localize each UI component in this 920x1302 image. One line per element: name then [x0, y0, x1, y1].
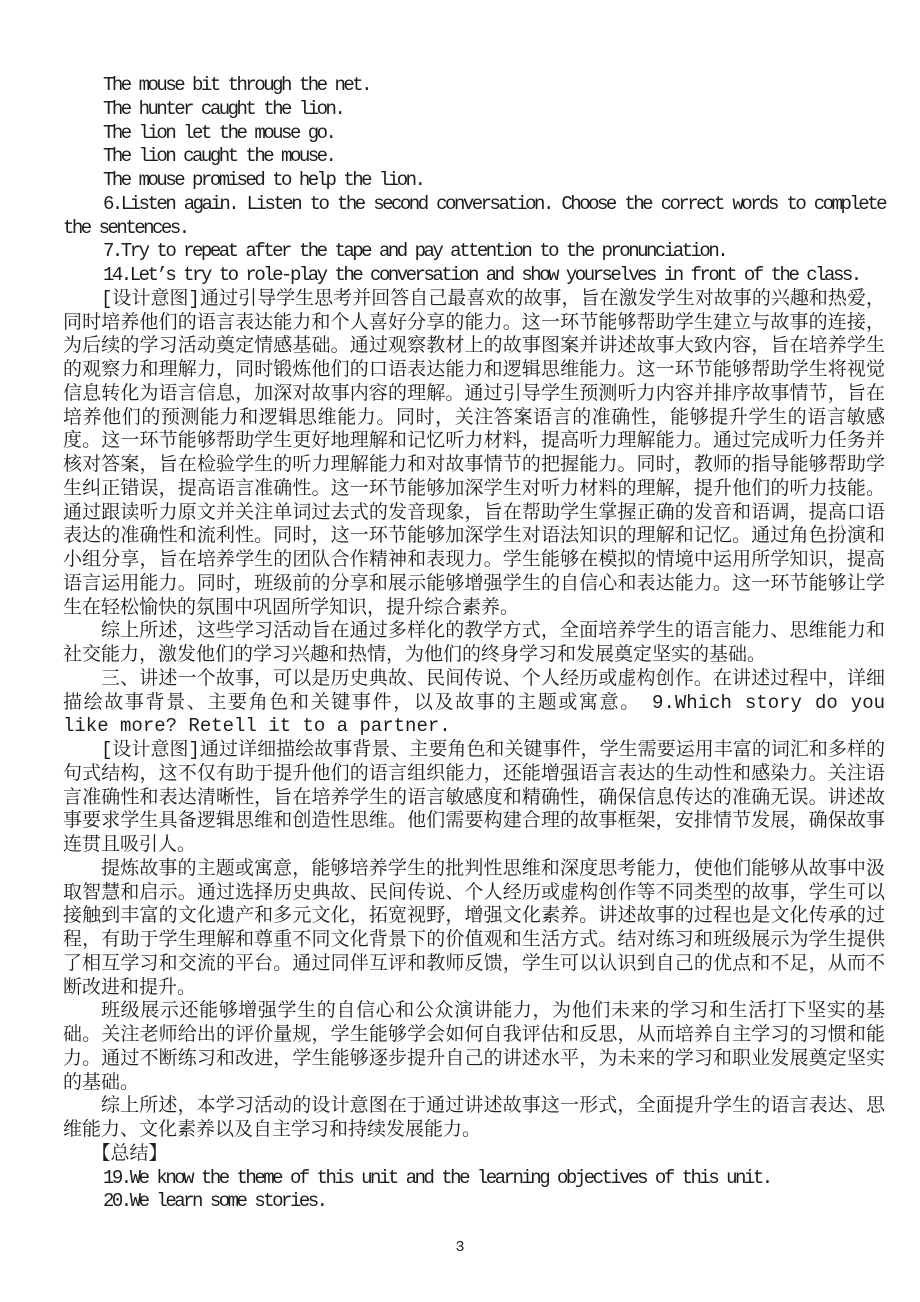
listening-answer-line: The lion caught the mouse.: [63, 145, 885, 169]
listening-answer-line: The mouse bit through the net.: [63, 74, 885, 98]
section-3-tell-a-story: 三、讲述一个故事，可以是历史典故、民间传说、个人经历或虚构创作。在讲述过程中，详…: [63, 668, 885, 739]
design-intent-paragraph-4: 班级展示还能够增强学生的自信心和公众演讲能力，为他们未来的学习和生活打下坚实的基…: [63, 1000, 885, 1095]
objective-20: 20.We learn some stories.: [63, 1190, 885, 1214]
design-intent-paragraph-1: [设计意图]通过引导学生思考并回答自己最喜欢的故事，旨在激发学生对故事的兴趣和热…: [63, 288, 885, 621]
listening-answer-line: The mouse promised to help the lion.: [63, 169, 885, 193]
activity-6-listen-again: 6.Listen again. Listen to the second con…: [63, 193, 885, 241]
activity-7-repeat-tape: 7.Try to repeat after the tape and pay a…: [63, 240, 885, 264]
document-page: The mouse bit through the net. The hunte…: [0, 0, 920, 1302]
activity-14-roleplay: 14.Let’s try to role-play the conversati…: [63, 264, 885, 288]
objective-19: 19.We know the theme of this unit and th…: [63, 1167, 885, 1191]
design-intent-paragraph-3: 提炼故事的主题或寓意，能够培养学生的批判性思维和深度思考能力，使他们能够从故事中…: [63, 858, 885, 1001]
summary-paragraph-2: 综上所述，本学习活动的设计意图在于通过讲述故事这一形式，全面提升学生的语言表达、…: [63, 1095, 885, 1143]
summary-paragraph-1: 综上所述，这些学习活动旨在通过多样化的教学方式，全面培养学生的语言能力、思维能力…: [63, 620, 885, 668]
section-heading-summary: 【总结】: [63, 1143, 885, 1167]
design-intent-paragraph-2: [设计意图]通过详细描绘故事背景、主要角色和关键事件，学生需要运用丰富的词汇和多…: [63, 739, 885, 858]
page-number: 3: [0, 1240, 920, 1256]
listening-answer-line: The lion let the mouse go.: [63, 122, 885, 146]
listening-answer-line: The hunter caught the lion.: [63, 98, 885, 122]
